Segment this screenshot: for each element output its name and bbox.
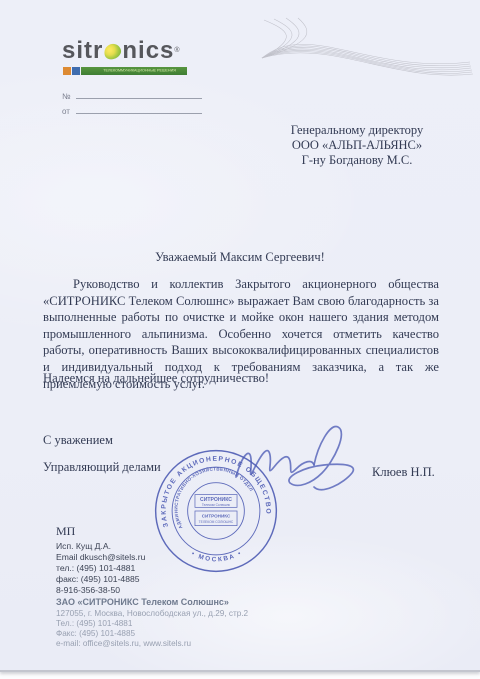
stamp-center-line3: СИТРОНИКС (202, 513, 231, 518)
addressee-block: Генеральному директору ООО «АЛЬП-АЛЬЯНС»… (283, 123, 431, 168)
stamp-center-line4: ТЕЛЕКОМ СОЛЮШНС (199, 520, 234, 524)
regards-line: С уважением (43, 433, 113, 448)
signoff-name: Клюев Н.П. (372, 465, 435, 480)
decorative-swoosh (248, 8, 476, 86)
ref-date-label: от (62, 107, 76, 116)
executor-line: Email dkusch@sitels.ru (56, 552, 145, 563)
ref-date-blank (76, 104, 202, 114)
closing-line: Надеемся на дальнейшее сотрудничество! (43, 371, 269, 386)
ref-number-blank (76, 89, 202, 99)
company-footer: ЗАО «СИТРОНИКС Телеком Солюшнс» 127055, … (56, 597, 248, 649)
company-stamp: ЗАКРЫТОЕ АКЦИОНЕРНОЕ ОБЩЕСТВО • МОСКВА •… (152, 447, 280, 575)
letter-page: sitrnics® ТЕЛЕКОММУНИКАЦИОННЫЕ РЕШЕНИЯ №… (0, 0, 480, 672)
logo-text-post: nics (122, 37, 174, 64)
footer-line: e-mail: office@sitels.ru, www.sitels.ru (56, 639, 248, 649)
mp-label: МП (56, 524, 75, 539)
addressee-line: ООО «АЛЬП-АЛЬЯНС» (283, 138, 431, 153)
logo-tagline: ТЕЛЕКОММУНИКАЦИОННЫЕ РЕШЕНИЯ (103, 69, 176, 74)
signoff-title: Управляющий делами (43, 460, 161, 475)
footer-line: Факс: (495) 101-4885 (56, 629, 248, 639)
leaf-o-icon (102, 42, 123, 62)
logo-text-pre: sitr (62, 37, 103, 64)
addressee-line: Генеральному директору (283, 123, 431, 138)
stamp-center-line1: СИТРОНИКС (200, 497, 232, 503)
executor-line: факс: (495) 101-4885 (56, 574, 145, 585)
footer-company-name: ЗАО «СИТРОНИКС Телеком Солюшнс» (56, 597, 248, 607)
executor-line: 8-916-356-38-50 (56, 585, 145, 596)
executor-line: тел.: (495) 101-4881 (56, 563, 145, 574)
footer-line: 127055, г. Москва, Новослободская ул., д… (56, 609, 248, 619)
sitronics-logo: sitrnics® (62, 38, 180, 67)
footer-line: Тел.: (495) 101-4881 (56, 619, 248, 629)
executor-line: Исп. Кущ Д.А. (56, 541, 145, 552)
registered-mark: ® (174, 47, 179, 54)
tagline-green-bar: ТЕЛЕКОММУНИКАЦИОННЫЕ РЕШЕНИЯ (81, 67, 187, 75)
ref-number-label: № (62, 92, 76, 101)
stamp-center-line2: Телеком Солюшнс (202, 503, 231, 507)
blue-square-icon (72, 67, 80, 75)
logo-tagline-bar: ТЕЛЕКОММУНИКАЦИОННЫЕ РЕШЕНИЯ (63, 67, 187, 75)
ref-number-row: № (62, 89, 202, 101)
salutation: Уважаемый Максим Сергеевич! (0, 250, 480, 265)
ref-date-row: от (62, 104, 202, 116)
executor-block: Исп. Кущ Д.А. Email dkusch@sitels.ru тел… (56, 541, 145, 596)
addressee-line: Г-ну Богданову М.С. (283, 153, 431, 168)
orange-square-icon (63, 67, 71, 75)
